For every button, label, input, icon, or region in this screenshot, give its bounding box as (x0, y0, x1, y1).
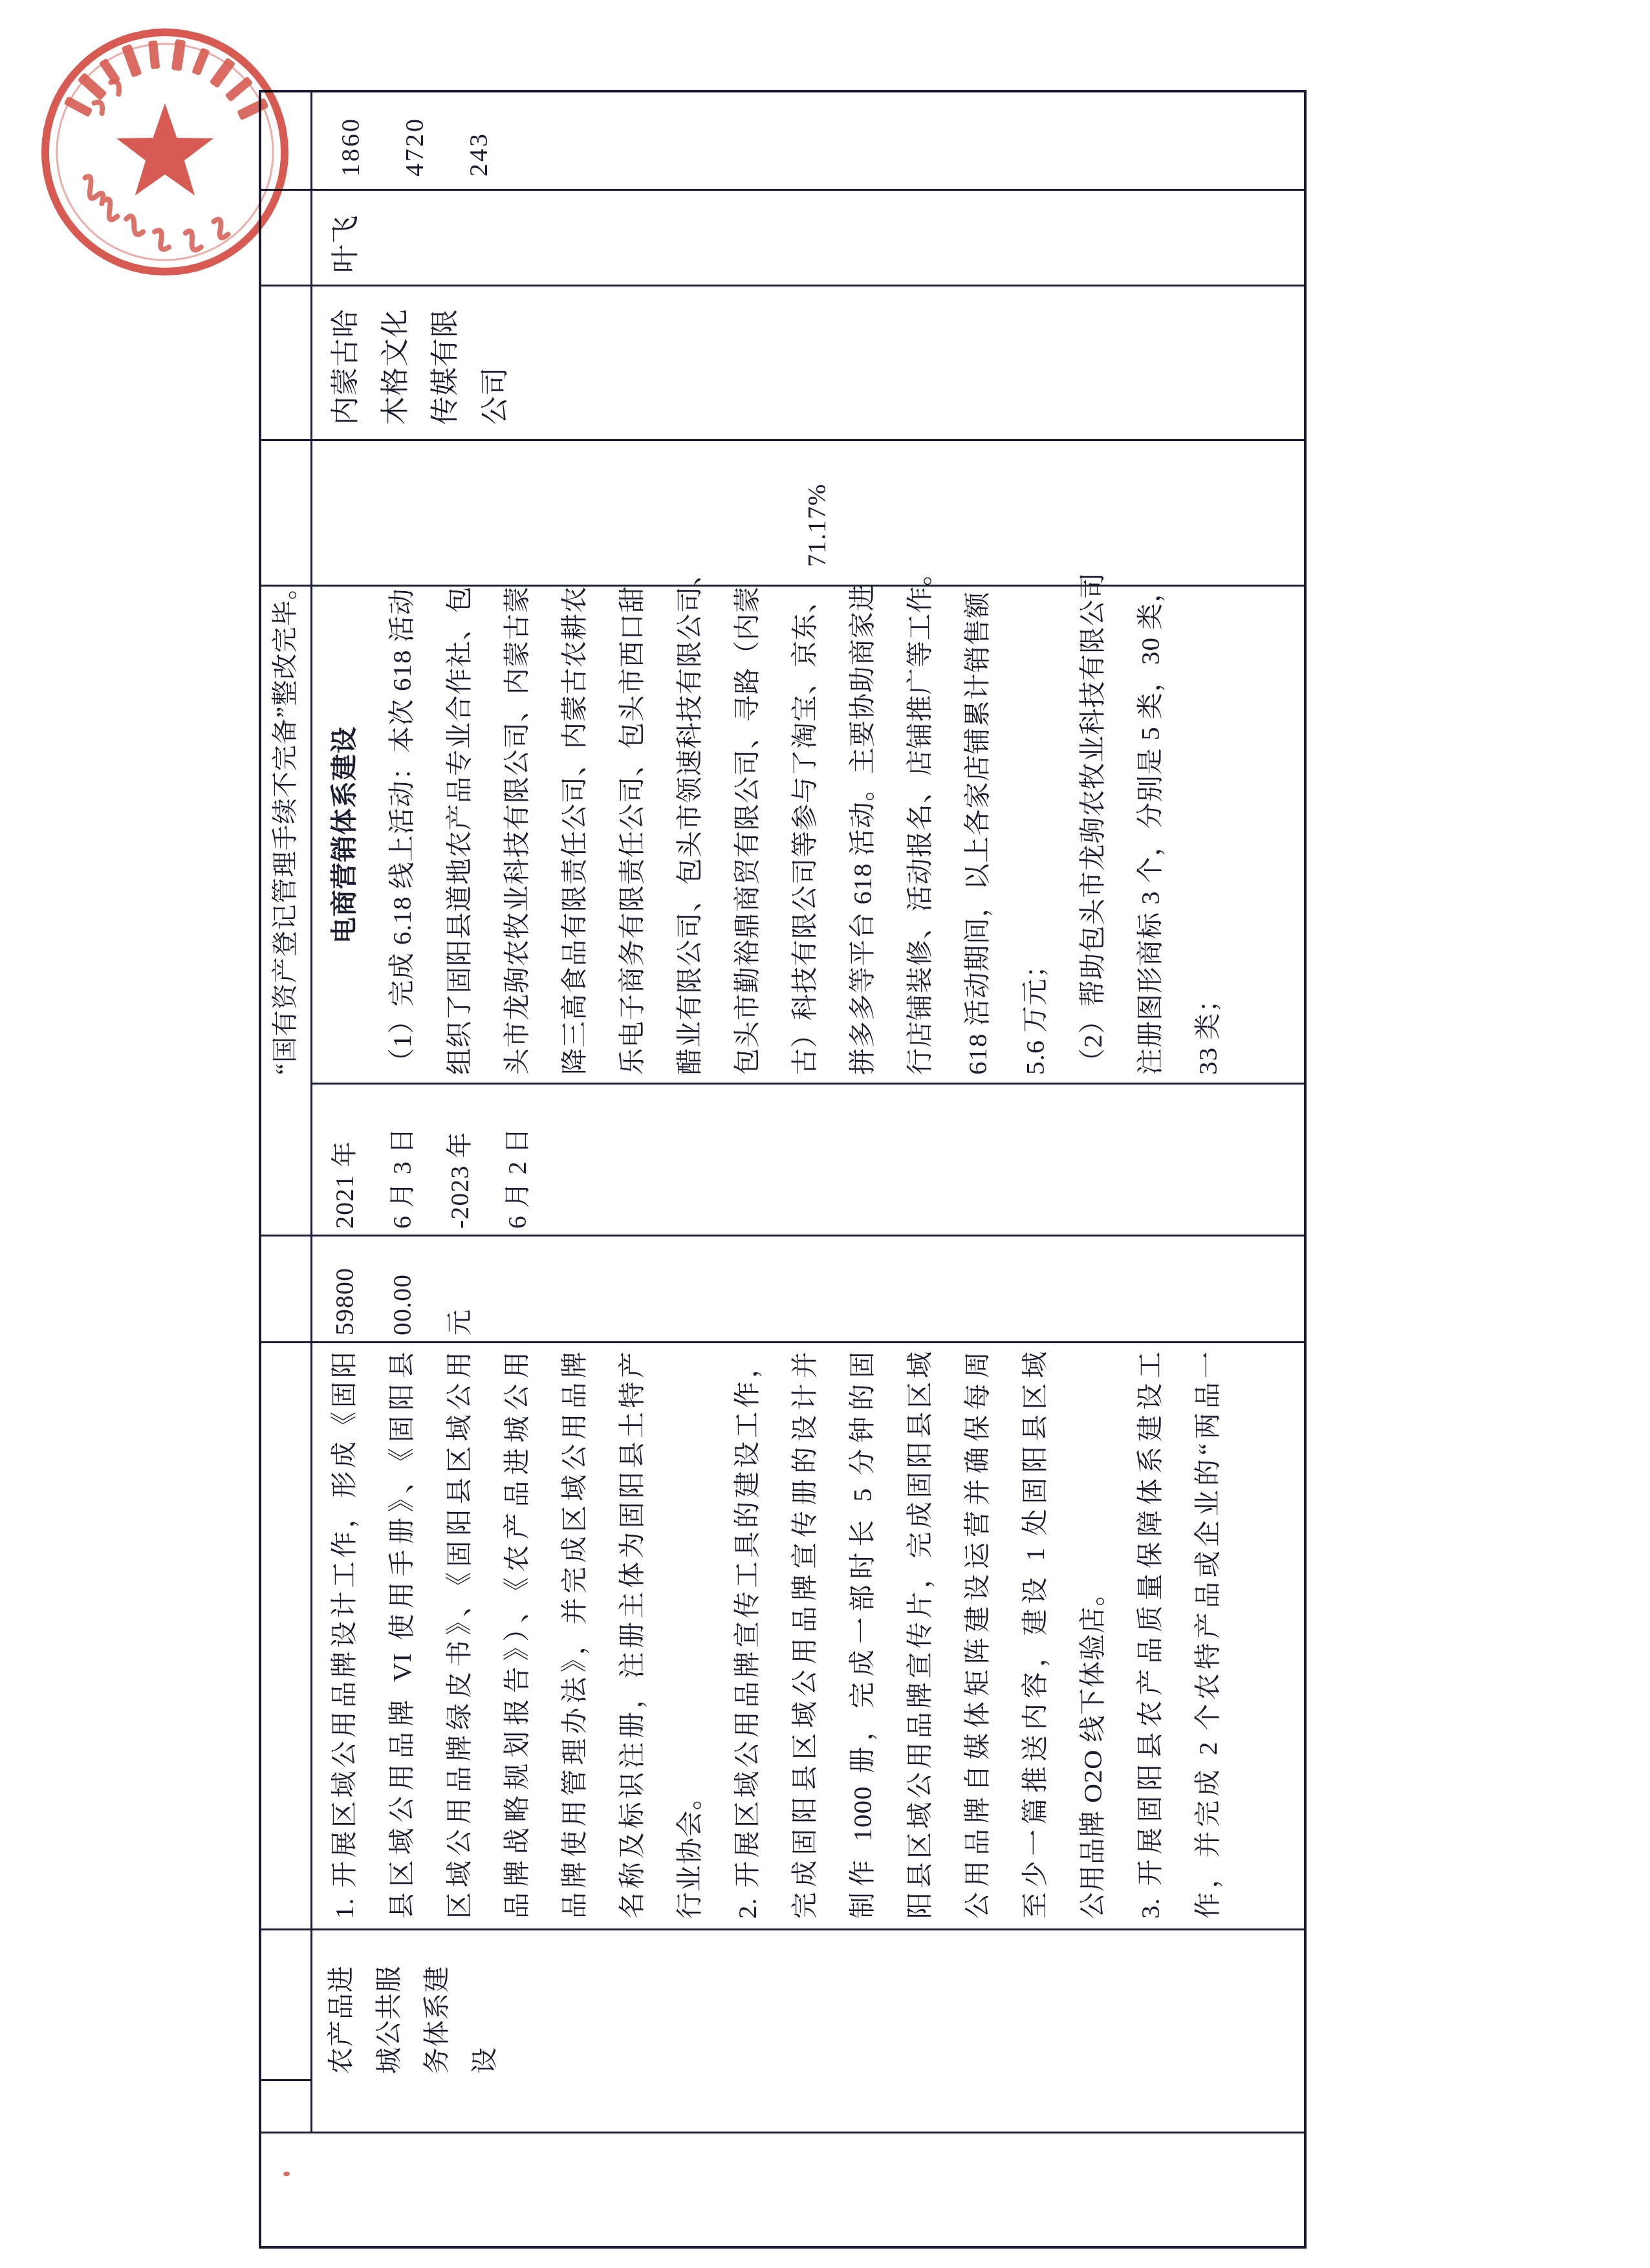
content-line: 区域公用品牌绿皮书》、《固阳县区域公用 (431, 1351, 488, 1919)
progress-line: 618 活动期间，以上各家店铺累计销售额 (949, 595, 1006, 1075)
content-line: 制作 1000 册，完成一部时长 5 分钟的固 (834, 1351, 891, 1919)
table-bottom-border (1304, 90, 1307, 2249)
content-line: 品牌战略规划报告》）、《农产品进城公用 (488, 1351, 546, 1919)
content-line: 品牌使用管理办法》，并完成区域公用品牌 (546, 1351, 603, 1919)
col-line-sliver-extra (259, 2079, 312, 2081)
manager-cell: 叶飞 (321, 202, 371, 273)
official-seal-stamp-icon (36, 23, 294, 281)
company-line: 内蒙古哈 (321, 298, 371, 425)
content-line: 3. 开展固阳县农产品质量保障体系建设工 (1122, 1351, 1179, 1919)
progress-line: 5.6 万元； (1006, 595, 1064, 1075)
progress-line: 包头市勤裕鼎商贸有限公司、寻路（内蒙 (719, 595, 776, 1075)
company-line: 公司 (470, 298, 520, 425)
table-top-border (259, 90, 261, 2249)
phone-line: 1860 (318, 100, 382, 177)
progress-line: 行店铺装修、活动报名、店铺推广等工作。 (891, 595, 949, 1075)
col-line-content-funds (259, 1341, 1307, 1343)
col-line-period-progress (312, 1083, 1307, 1085)
period-cell: 2021 年 6 月 3 日 -2023 年 6 月 2 日 (316, 1093, 546, 1229)
phone-cell: 1860 4720 243 (318, 100, 510, 177)
content-cell: 1. 开展区域公用品牌设计工作，形成《固阳 县区域公用品牌 VI 使用手册》、《… (316, 1351, 1237, 1919)
company-line: 传媒有限 (420, 298, 470, 425)
progress-line: （1）完成 6.18 线上活动：本次 618 活动 (373, 595, 431, 1075)
row-divider (310, 90, 312, 2133)
seal-star (116, 103, 213, 195)
scanned-document-page: { "colors": { "paper": "#ffffff", "ink":… (0, 0, 1650, 2268)
col-line-funds-period (259, 1235, 1307, 1237)
manager-name: 叶飞 (321, 202, 371, 273)
period-line: 2021 年 (316, 1093, 373, 1229)
col-line-manager-phone (259, 189, 1307, 191)
carryover-progress-cell: “国有资产登记管理手续不完备”整改完毕。 (260, 595, 310, 1075)
progress-line: 头市龙驹农牧业科技有限公司、内蒙古蒙 (488, 595, 546, 1075)
progress-line: 33 类； (1179, 595, 1237, 1075)
content-line: 阳县区域公用品牌宣传片，完成固阳县区域 (891, 1351, 949, 1919)
completion-rate-value: 71.17% (788, 444, 845, 567)
period-line: -2023 年 (431, 1093, 488, 1229)
col-line-rate-company (259, 439, 1307, 441)
content-line: 公用品牌自媒体矩阵建设运营并确保每周 (949, 1351, 1006, 1919)
project-name-line: 设 (461, 1960, 508, 2074)
content-line: 县区域公用品牌 VI 使用手册》、《固阳县 (373, 1351, 431, 1919)
project-name-line: 务体系建 (413, 1960, 461, 2074)
table-right-border (259, 90, 1307, 92)
content-line: 1. 开展区域公用品牌设计工作，形成《固阳 (316, 1351, 373, 1919)
funds-line: 元 (431, 1242, 488, 1335)
project-name-line: 农产品进 (317, 1960, 365, 2074)
progress-line: 乐电子商务有限责任公司、包头市西口甜 (603, 595, 661, 1075)
period-line: 6 月 3 日 (373, 1093, 431, 1229)
content-line: 公用品牌 O2O 线下体验店。 (1064, 1351, 1122, 1919)
progress-line: 降三高食品有限责任公司、内蒙古农耕农 (546, 595, 603, 1075)
company-cell: 内蒙古哈 木格文化 传媒有限 公司 (321, 298, 520, 425)
content-line: 完成固阳县区域公用品牌宣传册的设计并 (776, 1351, 834, 1919)
progress-line: 古）科技有限公司等参与了淘宝、京东、 (776, 595, 834, 1075)
carryover-progress-text: “国有资产登记管理手续不完备”整改完毕。 (260, 595, 310, 1075)
progress-heading: 电商营销体系建设 (316, 595, 373, 1075)
content-line: 行业协会。 (661, 1351, 719, 1919)
col-line-serial (259, 2132, 1307, 2133)
funds-line: 00.00 (373, 1242, 431, 1335)
progress-line: 醋业有限公司、包头市领速科技有限公司、 (661, 595, 719, 1075)
content-line: 名称及标识注册，注册主体为固阳县土特产 (603, 1351, 661, 1919)
period-line: 6 月 2 日 (488, 1093, 546, 1229)
phone-line: 243 (446, 100, 510, 177)
project-name-cell: 农产品进 城公共服 务体系建 设 (317, 1960, 508, 2074)
rotated-landscape-sheet: “国有资产登记管理手续不完备”整改完毕。 农产品进 城公共服 务体系建 设 1.… (0, 0, 1650, 2268)
red-ink-speck (283, 2172, 290, 2176)
company-line: 木格文化 (371, 298, 420, 425)
funds-cell: 59800 00.00 元 (316, 1242, 488, 1335)
funds-line: 59800 (316, 1242, 373, 1335)
content-line: 作，并完成 2 个农特产品或企业的“两品一 (1179, 1351, 1237, 1919)
phone-line: 4720 (382, 100, 446, 177)
progress-line: 拼多多等平台 618 活动。主要协助商家进 (834, 595, 891, 1075)
completion-rate-cell: 71.17% (788, 444, 845, 567)
col-line-company-manager (259, 285, 1307, 286)
progress-line: （2）帮助包头市龙驹农牧业科技有限公司 (1064, 595, 1122, 1075)
table-left-border (259, 2246, 1307, 2249)
col-line-project-content (259, 1928, 1307, 1930)
progress-line: 组织了固阳县道地农产品专业合作社、包 (431, 595, 488, 1075)
content-line: 至少一篇推送内容，建设 1 处固阳县区域 (1006, 1351, 1064, 1919)
progress-cell: 电商营销体系建设 （1）完成 6.18 线上活动：本次 618 活动 组织了固阳… (316, 595, 1237, 1075)
progress-line: 注册图形商标 3 个，分别是 5 类，30 类， (1122, 595, 1179, 1075)
project-name-line: 城公共服 (365, 1960, 413, 2074)
content-line: 2. 开展区域公用品牌宣传工具的建设工作， (719, 1351, 776, 1919)
